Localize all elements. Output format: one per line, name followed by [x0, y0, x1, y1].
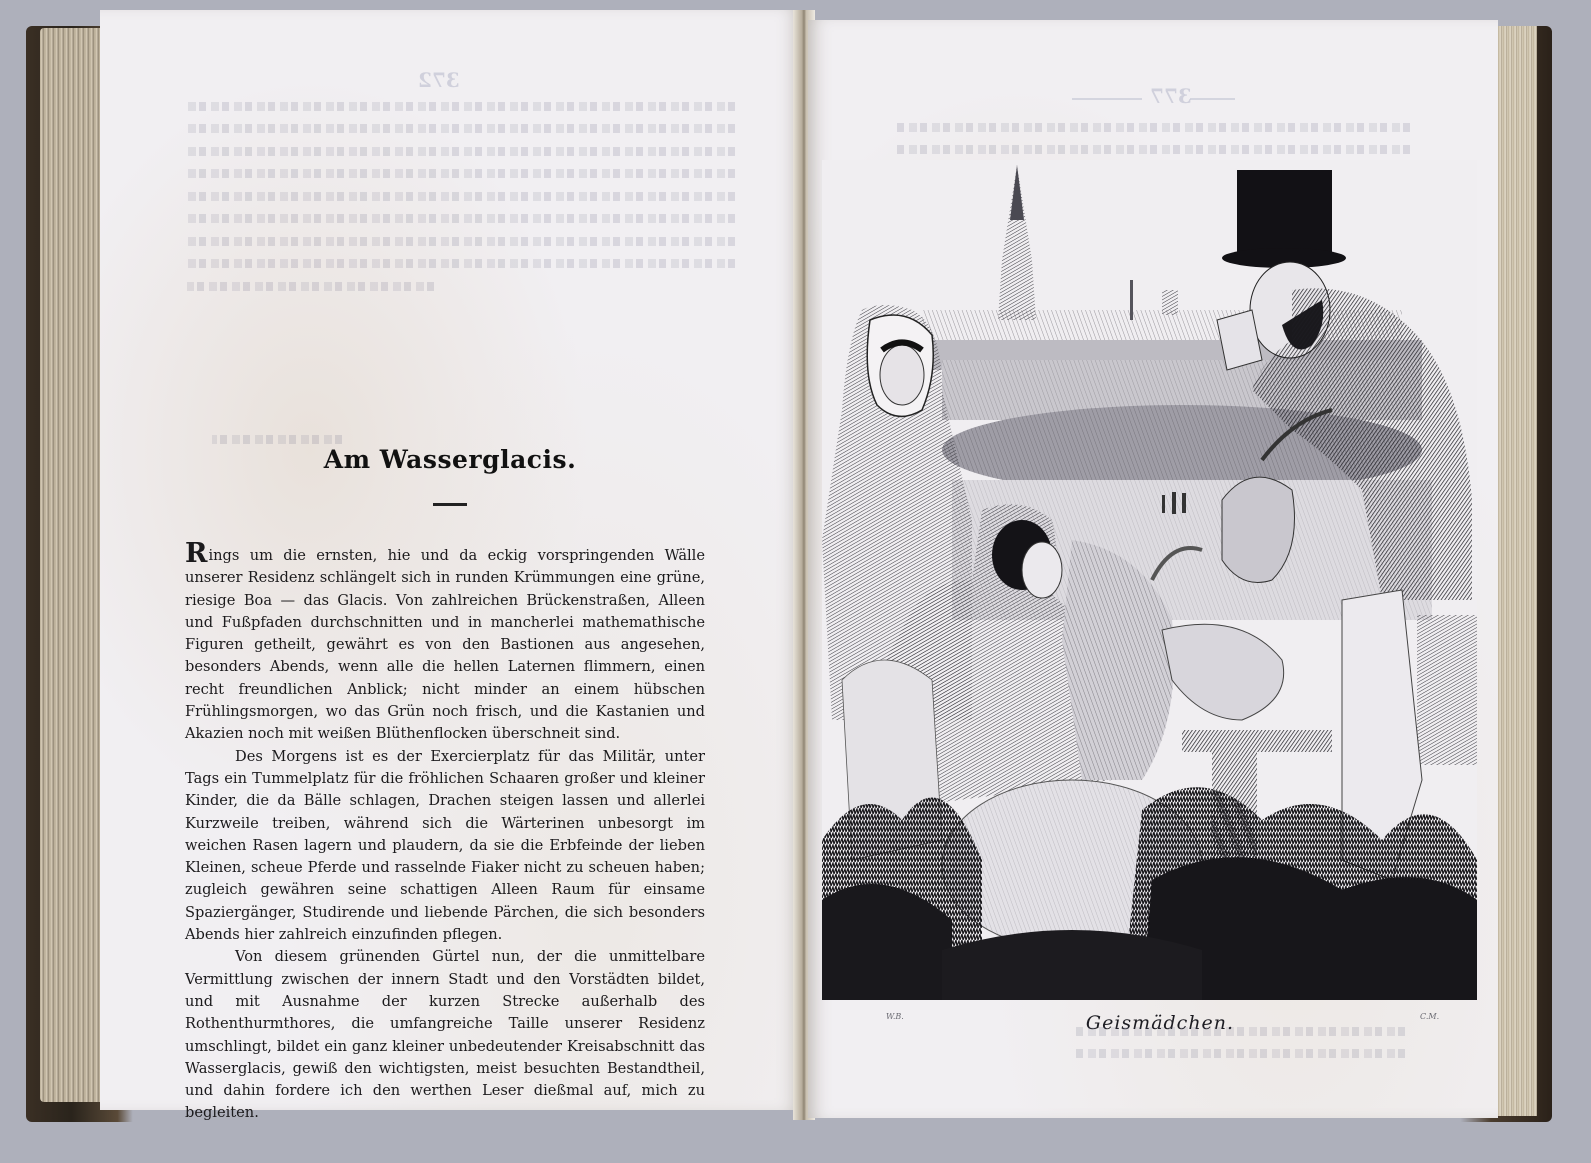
goat-girl-engraving-icon [822, 160, 1477, 1000]
illustration-caption: Geismädchen. [1040, 1012, 1280, 1034]
artist-signature-right: C.M. [1420, 1012, 1439, 1021]
drop-cap: R [185, 538, 207, 569]
page-edges-left [40, 28, 102, 1102]
bleed-rule-right [1190, 98, 1235, 100]
bleed-rule-left [1072, 98, 1142, 100]
paragraph-3: Von diesem grünenden Gürtel nun, der die… [185, 946, 705, 1124]
body-text: Rings um die ernsten, hie und da eckig v… [185, 545, 705, 1125]
engraving-illustration [822, 160, 1477, 1000]
artist-signature-left: W.B. [886, 1012, 904, 1021]
chapter-title: Am Wasserglacis. [100, 445, 800, 474]
paragraph-1: Rings um die ernsten, hie und da eckig v… [185, 545, 705, 746]
bleed-page-number-right: 377 [1150, 84, 1192, 108]
bleed-page-number-left: 372 [418, 68, 460, 92]
paragraph-2: Des Morgens ist es der Exercierplatz für… [185, 746, 705, 947]
page-edges-right [1497, 26, 1537, 1116]
title-rule [433, 503, 467, 506]
